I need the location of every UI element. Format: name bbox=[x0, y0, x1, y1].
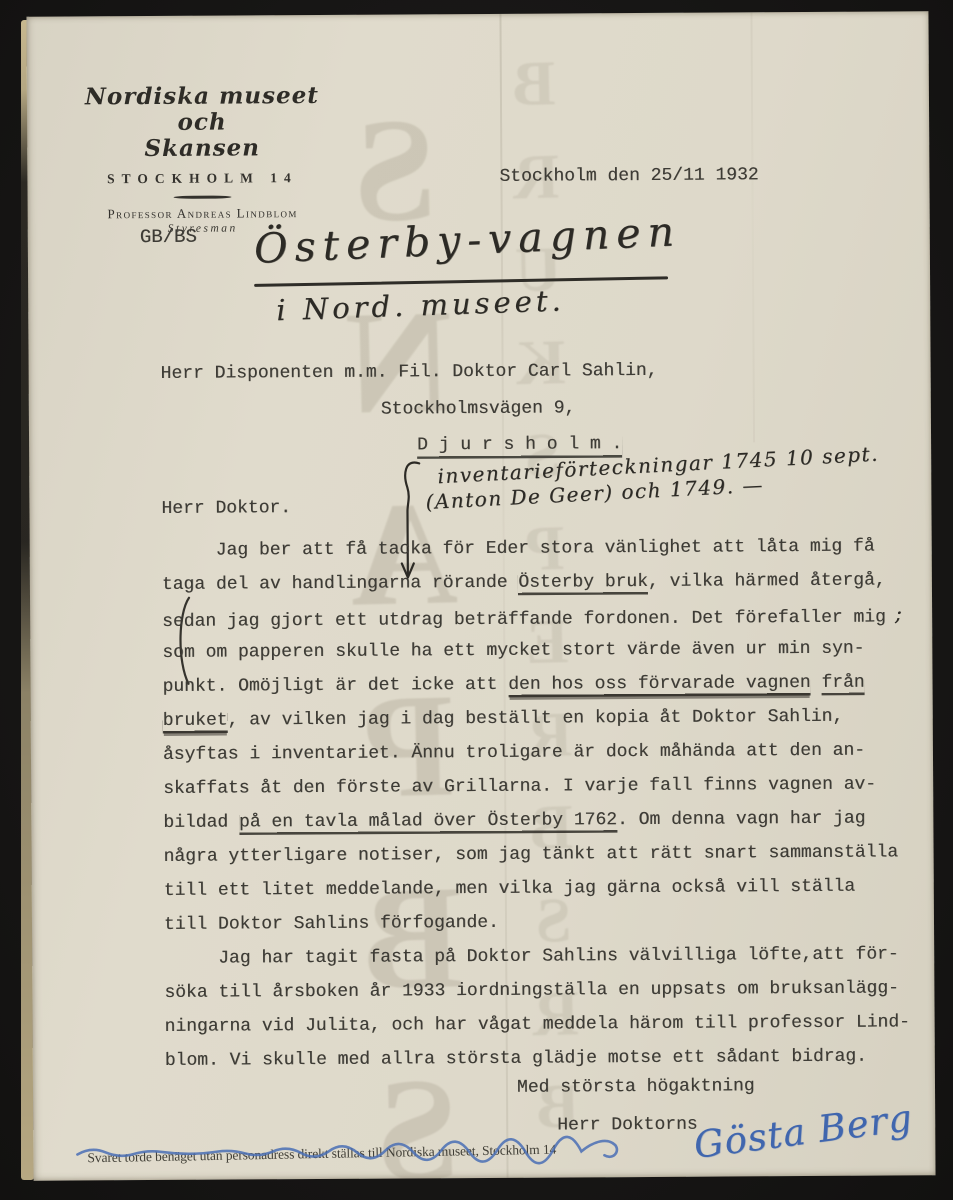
body-line: ningarna vid Julita, och har vågat medde… bbox=[165, 1005, 936, 1044]
handwritten-mark: ; bbox=[895, 601, 902, 625]
body-text-segment: till Doktor Sahlins förfogande. bbox=[164, 913, 499, 935]
body-text-segment: sedan jag gjort ett utdrag beträffande f… bbox=[162, 608, 886, 632]
body-line: Jag ber att få tacka för Eder stora vänl… bbox=[162, 529, 936, 568]
signature: Gösta Berg bbox=[691, 1096, 915, 1167]
body-line: bildad på en tavla målad över Österby 17… bbox=[163, 801, 935, 840]
recipient-city: D j u r s h o l m . bbox=[417, 434, 622, 455]
body-line: till Doktor Sahlins förfogande. bbox=[164, 903, 936, 942]
body-text-segment: skaffats åt den förste av Grillarna. I v… bbox=[163, 775, 876, 799]
body-text-segment: några ytterligare notiser, som jag tänkt… bbox=[164, 842, 899, 866]
body-line: söka till årsboken år 1933 iordningställ… bbox=[164, 971, 935, 1010]
body-text-segment: , av vilken jag i dag beställt en kopia … bbox=[228, 707, 844, 731]
salutation: Herr Doktor. bbox=[161, 498, 291, 519]
body-text-segment: punkt. Omöjligt är det icke att bbox=[162, 675, 508, 697]
closing-herr-doktorns: Herr Doktorns bbox=[557, 1115, 698, 1136]
body-line: några ytterligare notiser, som jag tänkt… bbox=[163, 835, 935, 874]
body-lines: Jag ber att få tacka för Eder stora vänl… bbox=[162, 529, 936, 1078]
body-text-segment: från bbox=[821, 673, 864, 693]
body-text-segment: som om papperen skulle ha ett mycket sto… bbox=[162, 639, 864, 663]
body-line: åsyftas i inventariet. Ännu troligare är… bbox=[163, 733, 936, 772]
body-text-segment: söka till årsboken år 1933 iordningställ… bbox=[164, 978, 899, 1002]
body-text-segment: . Om denna vagn har jag bbox=[617, 809, 866, 831]
body-line: bruket, av vilken jag i dag beställt en … bbox=[163, 699, 936, 738]
body-text-segment: Jag har tagit fasta på Doktor Sahlins vä… bbox=[218, 944, 899, 968]
bleedthrough-glyph: B bbox=[512, 51, 556, 116]
body-text-segment: Österby bruk bbox=[518, 572, 648, 593]
footer-strikethrough-mark bbox=[75, 1134, 655, 1172]
recipient-name: Herr Disponenten m.m. Fil. Doktor Carl S… bbox=[161, 361, 658, 384]
letterhead: Nordiska museet och Skansen STOCKHOLM 14… bbox=[85, 83, 320, 235]
body-line: punkt. Omöjligt är det icke att den hos … bbox=[162, 665, 935, 704]
body-text-segment: taga del av handlingarna rörande bbox=[162, 573, 519, 595]
letter-page: SNAPBS BRUKSPERBSRB Nordiska museet och … bbox=[26, 11, 935, 1180]
body-text-segment: åsyftas i inventariet. Ännu troligare är… bbox=[163, 741, 865, 765]
letterhead-org-line1: Nordiska museet och bbox=[85, 83, 319, 136]
body-line: sedan jag gjort ett utdrag beträffande f… bbox=[162, 597, 936, 636]
handwritten-subtitle: i Nord. museet. bbox=[276, 283, 565, 327]
letterhead-city: STOCKHOLM 14 bbox=[85, 170, 319, 187]
recipient-street: Stockholmsvägen 9, bbox=[381, 398, 576, 419]
body-line: till ett litet meddelande, men vilka jag… bbox=[164, 869, 936, 908]
letterhead-org-line2: Skansen bbox=[85, 135, 319, 162]
body-line: Jag har tagit fasta på Doktor Sahlins vä… bbox=[164, 937, 935, 976]
body-line: blom. Vi skulle med allra största glädje… bbox=[165, 1039, 936, 1078]
body-text-segment bbox=[811, 673, 822, 693]
date-line: Stockholm den 25/11 1932 bbox=[499, 165, 758, 187]
body-text-segment: blom. Vi skulle med allra största glädje… bbox=[165, 1047, 867, 1071]
body-text-segment: den hos oss förvarade vagnen bbox=[508, 673, 811, 695]
fold-crease bbox=[750, 12, 755, 442]
scan-background: SNAPBS BRUKSPERBSRB Nordiska museet och … bbox=[0, 0, 953, 1200]
reference-initials: GB/BS bbox=[140, 226, 197, 248]
handwritten-title-underline bbox=[254, 276, 668, 286]
letterhead-divider bbox=[174, 196, 232, 199]
body-text-segment: bruket bbox=[163, 711, 228, 731]
body-text-segment: bildad bbox=[163, 812, 239, 832]
letterhead-officer: Professor Andreas Lindblom bbox=[86, 205, 320, 222]
body-line: taga del av handlingarna rörande Österby… bbox=[162, 563, 936, 602]
body-line: som om papperen skulle ha ett mycket sto… bbox=[162, 631, 935, 670]
closing-regards: Med största högaktning bbox=[517, 1076, 755, 1097]
body-text-segment: ningarna vid Julita, och har vågat medde… bbox=[165, 1012, 910, 1037]
body-text-segment: till ett litet meddelande, men vilka jag… bbox=[164, 877, 855, 901]
body-text-segment: , vilka härmed återgå, bbox=[648, 571, 886, 592]
body-line: skaffats åt den förste av Grillarna. I v… bbox=[163, 767, 935, 806]
body-text-segment: Jag ber att få tacka för Eder stora vänl… bbox=[216, 537, 875, 561]
body-text-segment: på en tavla målad över Österby 1762 bbox=[239, 810, 617, 832]
